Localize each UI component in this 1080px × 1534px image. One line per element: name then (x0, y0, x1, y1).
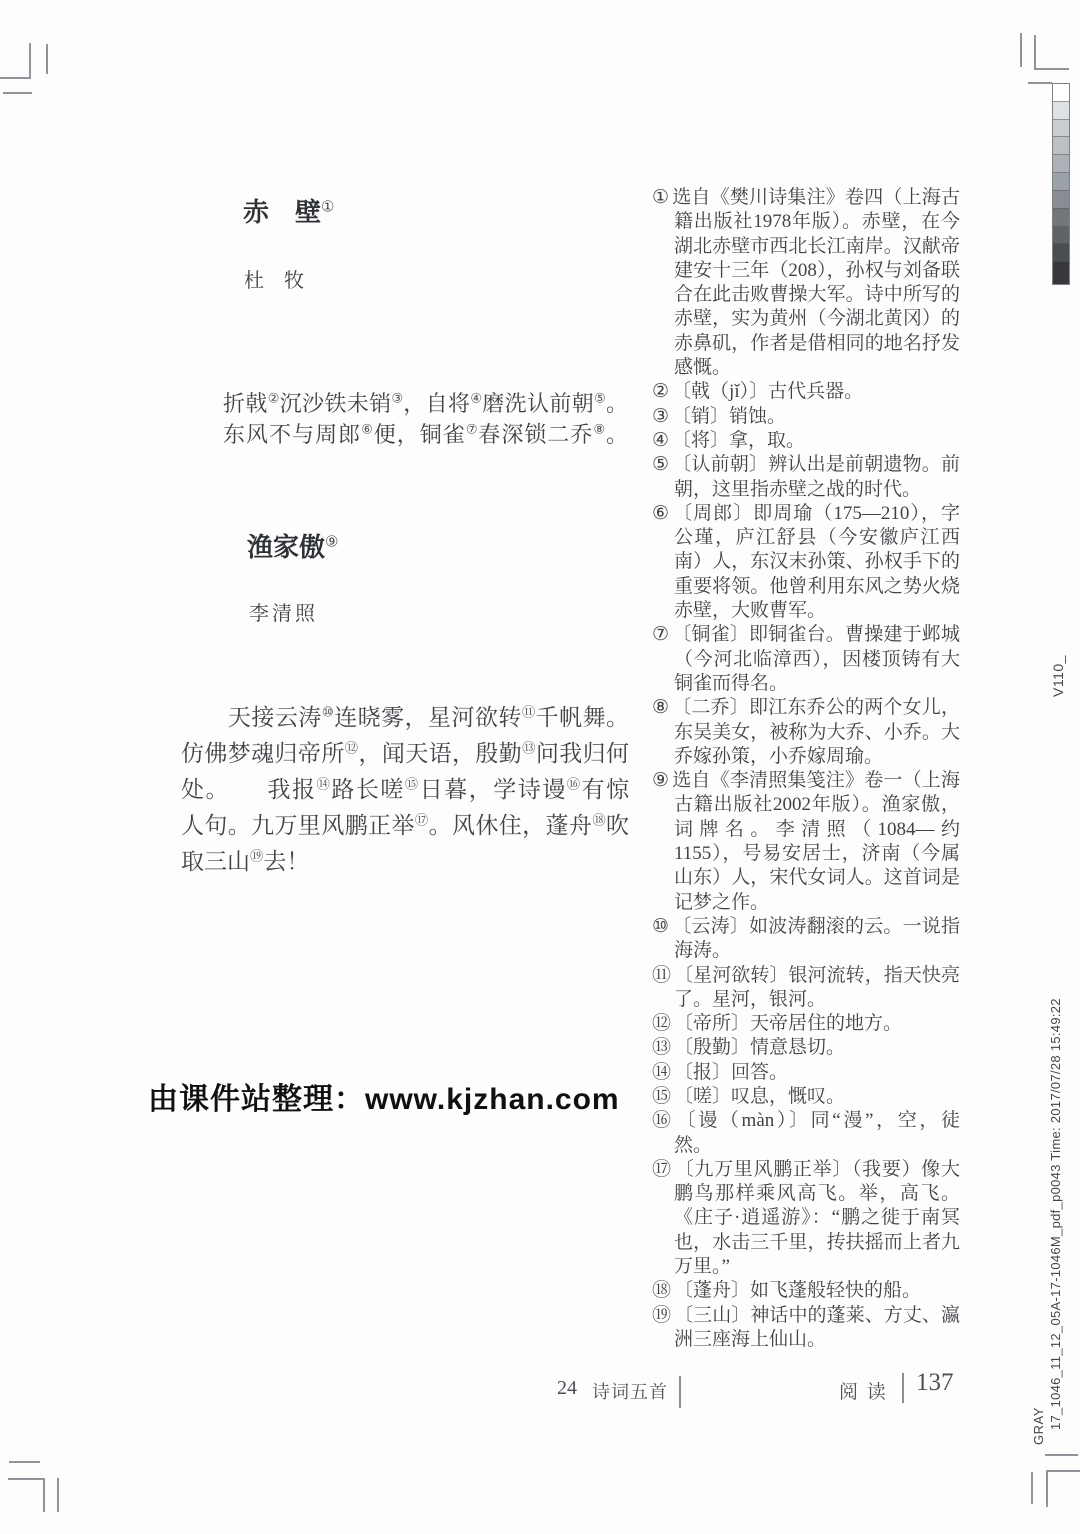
annotation-item: ⑭〔报〕回答。 (652, 1061, 960, 1085)
footer-divider (679, 1376, 681, 1408)
poem-text-segment: 连晓雾，星河欲转 (334, 705, 522, 730)
crop-mark-bottom-right-vline (1031, 1472, 1033, 1504)
poem-text-segment: 日暮，学诗谩 (420, 777, 567, 802)
annotations-column: ①选自《樊川诗集注》卷四（上海古籍出版社1978年版）。赤壁，在今湖北赤壁市西北… (652, 186, 960, 1352)
annotation-text: 〔云涛〕如波涛翻滚的云。一说指海涛。 (672, 916, 960, 961)
annotation-number: ⑮ (652, 1086, 671, 1107)
poem-line: 人句。九万里风鹏正举⑰。风休住，蓬舟⑱吹 (181, 808, 629, 844)
poem-line: 东风不与周郎⑥便，铜雀⑦春深锁二乔⑧。 (223, 419, 628, 450)
grayscale-step (1053, 84, 1069, 101)
annotation-item: ⑬〔殷勤〕情意恳切。 (652, 1036, 960, 1060)
poem-text-segment: 有惊 (582, 777, 630, 802)
note-ref-icon: ⑲ (250, 848, 263, 863)
scan-gray-label-vertical: GRAY (1031, 1407, 1046, 1445)
annotation-text: 〔谩（màn）〕同“漫”，空，徒然。 (674, 1110, 960, 1155)
footer-lesson-title: 诗词五首 (592, 1378, 668, 1404)
note-ref-icon: ⑧ (593, 423, 605, 437)
poem-text-segment: 折戟 (223, 391, 268, 416)
grayscale-step (1053, 154, 1069, 172)
grayscale-step (1053, 226, 1069, 244)
note-ref-icon: ⑬ (522, 740, 536, 755)
poem-text-segment: 去！ (263, 849, 309, 874)
poem-line: 仿佛梦魂归帝所⑫，闻天语，殷勤⑬问我归何 (181, 736, 629, 772)
crop-mark-bottom-right-corner (1046, 1470, 1080, 1507)
poem2-title: 渔家傲⑨ (247, 527, 339, 564)
poem-text-segment: ，闻天语，殷勤 (358, 741, 522, 766)
note-ref-icon: ② (268, 392, 280, 406)
scan-code-vertical: V110_ (1050, 655, 1066, 697)
annotation-number: ⑰ (652, 1159, 672, 1180)
poem-text-segment: 。风休住，蓬舟 (429, 813, 593, 838)
annotation-number: ⑨ (652, 770, 669, 791)
crop-mark-top-right-vline (1020, 33, 1022, 67)
annotation-text: 〔认前朝〕辨认出是前朝遗物。前朝，这里指赤壁之战的时代。 (672, 454, 960, 499)
annotation-text: 〔九万里风鹏正举〕（我要）像大鹏鸟那样乘风高飞。举，高飞。《庄子·逍遥游》：“鹏… (674, 1159, 960, 1277)
note-ref-icon: ⑯ (567, 776, 582, 791)
scanned-textbook-page: 赤 壁① 杜 牧 折戟②沉沙铁未销③，自将④磨洗认前朝⑤。东风不与周郎⑥便，铜雀… (0, 0, 1080, 1534)
annotation-text: 〔殷勤〕情意恳切。 (674, 1037, 845, 1058)
annotation-item: ⑩〔云涛〕如波涛翻滚的云。一说指海涛。 (652, 915, 960, 964)
annotation-item: ③〔销〕销蚀。 (652, 405, 960, 429)
grayscale-step (1053, 136, 1069, 154)
grayscale-step (1053, 172, 1069, 190)
annotation-number: ④ (652, 430, 669, 451)
annotation-item: ⑤〔认前朝〕辨认出是前朝遗物。前朝，这里指赤壁之战的时代。 (652, 453, 960, 502)
footer-page-number: 137 (916, 1369, 954, 1397)
poem2-author: 李清照 (249, 597, 318, 626)
crop-mark-top-left-hline (3, 92, 32, 94)
annotation-item: ⑨选自《李清照集笺注》卷一（上海古籍出版社2002年版）。渔家傲，词牌名。李清照… (652, 769, 960, 915)
footer-lesson-number: 24 (557, 1377, 577, 1400)
annotation-number: ③ (652, 406, 669, 427)
poem-line: 折戟②沉沙铁未销③，自将④磨洗认前朝⑤。 (223, 388, 628, 419)
annotation-item: ⑫〔帝所〕天帝居住的地方。 (652, 1012, 960, 1036)
annotation-item: ①选自《樊川诗集注》卷四（上海古籍出版社1978年版）。赤壁，在今湖北赤壁市西北… (652, 186, 960, 380)
note-ref-icon: ⑦ (466, 423, 478, 437)
note-ref-icon: ⑤ (594, 392, 606, 406)
crop-mark-bottom-right-hline (1045, 1454, 1078, 1456)
poem1-body: 折戟②沉沙铁未销③，自将④磨洗认前朝⑤。东风不与周郎⑥便，铜雀⑦春深锁二乔⑧。 (223, 388, 628, 450)
poem2-body: 天接云涛⑩连晓雾，星河欲转⑪千帆舞。仿佛梦魂归帝所⑫，闻天语，殷勤⑬问我归何处。… (181, 700, 629, 880)
note-ref-icon: ⑥ (361, 423, 373, 437)
annotation-number: ⑤ (652, 454, 669, 475)
annotation-text: 〔嗟〕叹息，慨叹。 (674, 1086, 845, 1107)
annotation-item: ⑪〔星河欲转〕银河流转，指天快亮了。星河，银河。 (652, 964, 960, 1013)
annotation-number: ⑪ (652, 965, 671, 986)
footer-section-label: 阅 读 (839, 1377, 888, 1404)
note-ref-icon: ④ (470, 392, 482, 406)
note-ref-icon: ⑩ (322, 704, 334, 719)
annotation-item: ⑥〔周郎〕即周瑜（175—210），字公瑾，庐江舒县（今安徽庐江西南）人，东汉末… (652, 502, 960, 623)
scan-file-info-vertical: 17_1046_11_12_05A-17-1046M_pdf_p0043 Tim… (1048, 998, 1063, 1430)
note-ref-icon: ⑪ (522, 704, 536, 719)
poem1-title: 赤 壁① (243, 192, 335, 229)
annotation-text: 选自《樊川诗集注》卷四（上海古籍出版社1978年版）。赤壁，在今湖北赤壁市西北长… (672, 187, 960, 378)
crop-mark-top-left-vline (46, 44, 48, 74)
grayscale-calibration-bar (1052, 83, 1070, 285)
poem-text-segment: 春深锁二乔 (478, 422, 593, 447)
annotation-number: ⑩ (652, 916, 669, 937)
annotation-text: 〔销〕销蚀。 (672, 406, 786, 427)
crop-mark-bottom-left-hline (9, 1461, 40, 1463)
crop-mark-wedge-tick (1028, 82, 1052, 84)
poem-line: 天接云涛⑩连晓雾，星河欲转⑪千帆舞。 (181, 700, 629, 736)
annotation-text: 〔星河欲转〕银河流转，指天快亮了。星河，银河。 (674, 965, 960, 1010)
poem2-title-text: 渔家傲 (247, 533, 325, 562)
annotation-number: ⑦ (652, 624, 669, 645)
note-ref-icon: ⑮ (405, 776, 420, 791)
poem-text-segment: 问我归何 (536, 741, 629, 766)
poem-text-segment: ，自将 (403, 391, 470, 416)
crop-mark-top-left-corner (0, 43, 31, 79)
annotation-number: ⑯ (652, 1110, 674, 1131)
grayscale-step (1053, 208, 1069, 226)
grayscale-step (1053, 261, 1069, 284)
annotation-text: 〔蓬舟〕如飞蓬般轻快的船。 (674, 1280, 921, 1301)
annotation-text: 〔三山〕神话中的蓬莱、方丈、瀛洲三座海上仙山。 (674, 1305, 960, 1350)
note-ref-icon: ⑭ (317, 776, 332, 791)
note-ref-icon: ⑫ (345, 740, 359, 755)
crop-mark-top-right-corner (1034, 35, 1069, 70)
note-ref-icon: ⑰ (415, 812, 429, 827)
annotation-text: 〔戟（jǐ）〕古代兵器。 (672, 381, 863, 402)
annotation-item: ⑲〔三山〕神话中的蓬莱、方丈、瀛洲三座海上仙山。 (652, 1304, 960, 1353)
grayscale-step (1053, 119, 1069, 137)
annotation-item: ④〔将〕拿，取。 (652, 429, 960, 453)
poem-text-segment: 路长嗟 (331, 777, 405, 802)
poem-line: 取三山⑲去！ (181, 844, 629, 880)
annotation-text: 〔铜雀〕即铜雀台。曹操建于邺城（今河北临漳西），因楼顶铸有大铜雀而得名。 (672, 624, 960, 694)
annotation-number: ⑱ (652, 1280, 671, 1301)
poem-text-segment: 沉沙铁未销 (280, 391, 392, 416)
poem-text-segment: 磨洗认前朝 (482, 391, 594, 416)
annotation-number: ⑲ (652, 1305, 671, 1326)
annotation-item: ⑧〔二乔〕即江东乔公的两个女儿，东吴美女，被称为大乔、小乔。大乔嫁孙策，小乔嫁周… (652, 696, 960, 769)
poem-text-segment: 取三山 (181, 849, 250, 874)
annotation-number: ⑧ (652, 697, 669, 718)
note-ref-icon: ⑨ (325, 534, 339, 550)
footer-divider (902, 1373, 904, 1403)
annotation-item: ⑯〔谩（màn）〕同“漫”，空，徒然。 (652, 1109, 960, 1158)
annotation-number: ⑬ (652, 1037, 671, 1058)
poem-text-segment: 天接云涛 (181, 705, 322, 730)
annotation-text: 〔二乔〕即江东乔公的两个女儿，东吴美女，被称为大乔、小乔。大乔嫁孙策，小乔嫁周瑜… (672, 697, 960, 767)
annotation-number: ⑥ (652, 503, 670, 524)
poem-text-segment: 。 (606, 422, 628, 447)
poem-text-segment: 处。 我报 (181, 777, 317, 802)
annotation-number: ⑭ (652, 1062, 671, 1083)
grayscale-step (1053, 101, 1069, 119)
annotation-item: ⑰〔九万里风鹏正举〕（我要）像大鹏鸟那样乘风高飞。举，高飞。《庄子·逍遥游》：“… (652, 1158, 960, 1279)
annotation-text: 选自《李清照集笺注》卷一（上海古籍出版社2002年版）。渔家傲，词牌名。李清照（… (672, 770, 960, 912)
annotation-text: 〔报〕回答。 (674, 1062, 788, 1083)
poem-line: 处。 我报⑭路长嗟⑮日暮，学诗谩⑯有惊 (181, 772, 629, 808)
crop-mark-bottom-left-vline (57, 1478, 59, 1512)
grayscale-step (1053, 190, 1069, 208)
annotation-item: ⑱〔蓬舟〕如飞蓬般轻快的船。 (652, 1279, 960, 1303)
poem-text-segment: 吹 (606, 813, 629, 838)
poem-text-segment: 东风不与周郎 (223, 422, 361, 447)
grayscale-step (1053, 243, 1069, 261)
watermark-text: 由课件站整理：www.kjzhan.com (148, 1074, 620, 1118)
poem-text-segment: 便，铜雀 (374, 422, 466, 447)
note-ref-icon: ③ (391, 392, 403, 406)
note-ref-icon: ⑱ (592, 812, 606, 827)
poem-text-segment: 。 (606, 391, 628, 416)
note-ref-icon: ① (321, 199, 335, 215)
poem1-author: 杜 牧 (244, 264, 304, 293)
annotation-item: ⑮〔嗟〕叹息，慨叹。 (652, 1085, 960, 1109)
annotation-text: 〔周郎〕即周瑜（175—210），字公瑾，庐江舒县（今安徽庐江西南）人，东汉末孙… (673, 503, 960, 621)
annotation-number: ⑫ (652, 1013, 671, 1034)
annotation-number: ① (652, 187, 669, 208)
poem1-title-text: 赤 壁 (243, 198, 321, 227)
poem-text-segment: 人句。九万里风鹏正举 (181, 813, 415, 838)
annotation-item: ②〔戟（jǐ）〕古代兵器。 (652, 380, 960, 404)
annotation-text: 〔帝所〕天帝居住的地方。 (674, 1013, 902, 1034)
annotation-item: ⑦〔铜雀〕即铜雀台。曹操建于邺城（今河北临漳西），因楼顶铸有大铜雀而得名。 (652, 623, 960, 696)
annotation-number: ② (652, 381, 669, 402)
poem-text-segment: 千帆舞。 (536, 705, 629, 730)
crop-mark-bottom-left-corner (8, 1478, 45, 1512)
poem-text-segment: 仿佛梦魂归帝所 (181, 741, 345, 766)
annotation-text: 〔将〕拿，取。 (672, 430, 805, 451)
